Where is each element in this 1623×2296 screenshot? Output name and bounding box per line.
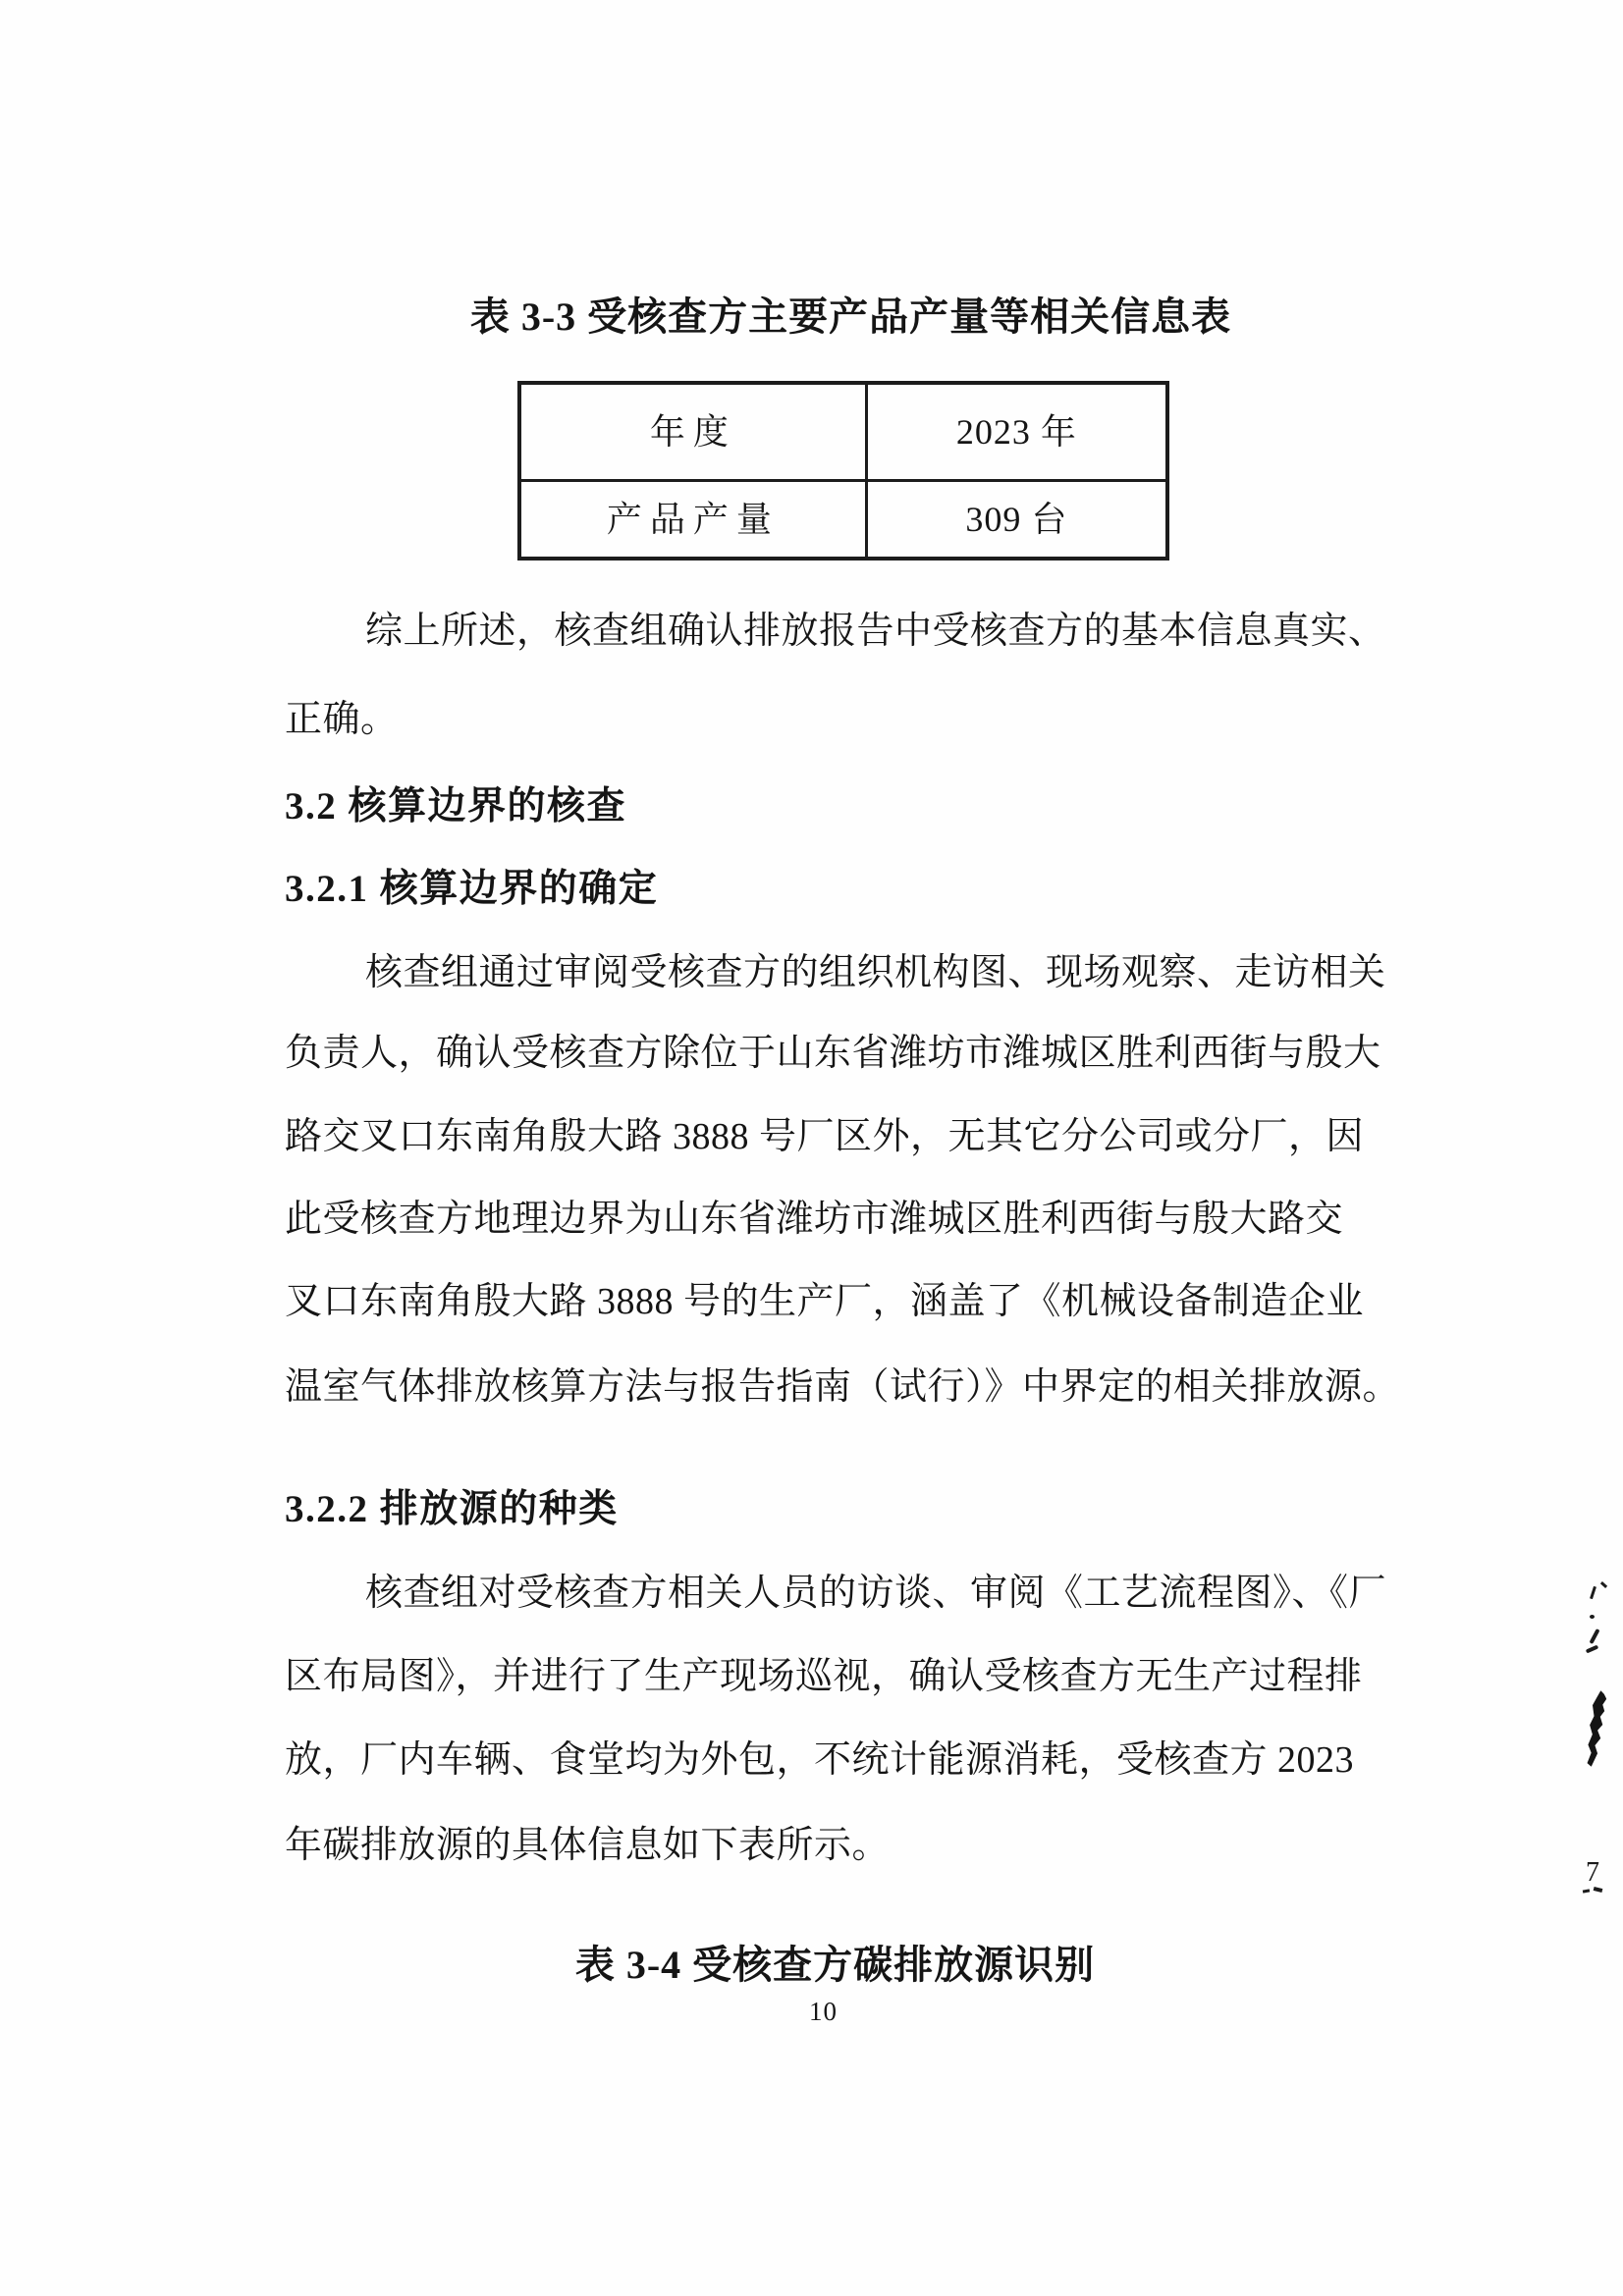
- table-row-year: 年度 2023 年: [519, 383, 1167, 481]
- summary-line: 正确。: [285, 701, 399, 738]
- table-cell-year-label: 年度: [519, 383, 866, 481]
- body-line: 负责人，确认受核查方除位于山东省潍坊市潍城区胜利西街与殷大: [285, 1035, 1381, 1072]
- scan-artifact-stroke: [1586, 1645, 1599, 1654]
- scan-artifact-ink-blob: [1585, 1689, 1607, 1767]
- body-line: 路交叉口东南角殷大路 3888 号厂区外，无其它分公司或分厂，因: [285, 1118, 1364, 1155]
- scan-artifact-tick: [1590, 1586, 1596, 1599]
- section-3-2-1-heading: 3.2.1 核算边界的确定: [285, 870, 658, 908]
- document-page: 表 3-3 受核查方主要产品产量等相关信息表 年度 2023 年 产品产量 30…: [0, 0, 1623, 2296]
- body-line: 温室气体排放核算方法与报告指南（试行）》中界定的相关排放源。: [285, 1368, 1400, 1406]
- table-3-3-caption: 表 3-3 受核查方主要产品产量等相关信息表: [39, 297, 1623, 337]
- body-line: 放，厂内车辆、食堂均为外包，不统计能源消耗，受核查方 2023: [285, 1741, 1354, 1779]
- table-cell-output-value: 309 台: [866, 481, 1167, 560]
- body-line: 核查组对受核查方相关人员的访谈、审阅《工艺流程图》、《厂: [365, 1575, 1386, 1612]
- body-line: 区布局图》，并进行了生产现场巡视，确认受核查方无生产过程排: [285, 1658, 1363, 1695]
- scan-artifact-text: 7: [1586, 1859, 1599, 1887]
- scan-artifact-dot: [1590, 1615, 1595, 1619]
- table-3-3: 年度 2023 年 产品产量 309 台: [517, 381, 1169, 561]
- scan-artifact-dash: [1583, 1889, 1590, 1893]
- table-cell-output-label: 产品产量: [519, 481, 866, 560]
- scan-artifact-stroke: [1589, 1629, 1599, 1644]
- summary-line: 综上所述，核查组确认排放报告中受核查方的基本信息真实、: [365, 613, 1386, 650]
- section-3-2-2-heading: 3.2.2 排放源的种类: [285, 1490, 619, 1528]
- scan-artifact-dash: [1594, 1887, 1603, 1893]
- table-row-output: 产品产量 309 台: [519, 481, 1167, 560]
- body-line: 核查组通过审阅受核查方的组织机构图、现场观察、走访相关: [365, 954, 1386, 991]
- body-line: 叉口东南角殷大路 3888 号的生产厂，涵盖了《机械设备制造企业: [285, 1283, 1364, 1320]
- body-line: 此受核查方地理边界为山东省潍坊市潍城区胜利西街与殷大路交: [285, 1201, 1343, 1238]
- table-3-4-caption: 表 3-4 受核查方碳排放源识别: [24, 1946, 1623, 1985]
- page-number: 10: [12, 1999, 1623, 2025]
- body-line: 年碳排放源的具体信息如下表所示。: [285, 1827, 890, 1864]
- table-cell-year-value: 2023 年: [866, 383, 1167, 481]
- section-3-2-heading: 3.2 核算边界的核查: [285, 787, 626, 826]
- scan-artifact-tick: [1600, 1581, 1607, 1588]
